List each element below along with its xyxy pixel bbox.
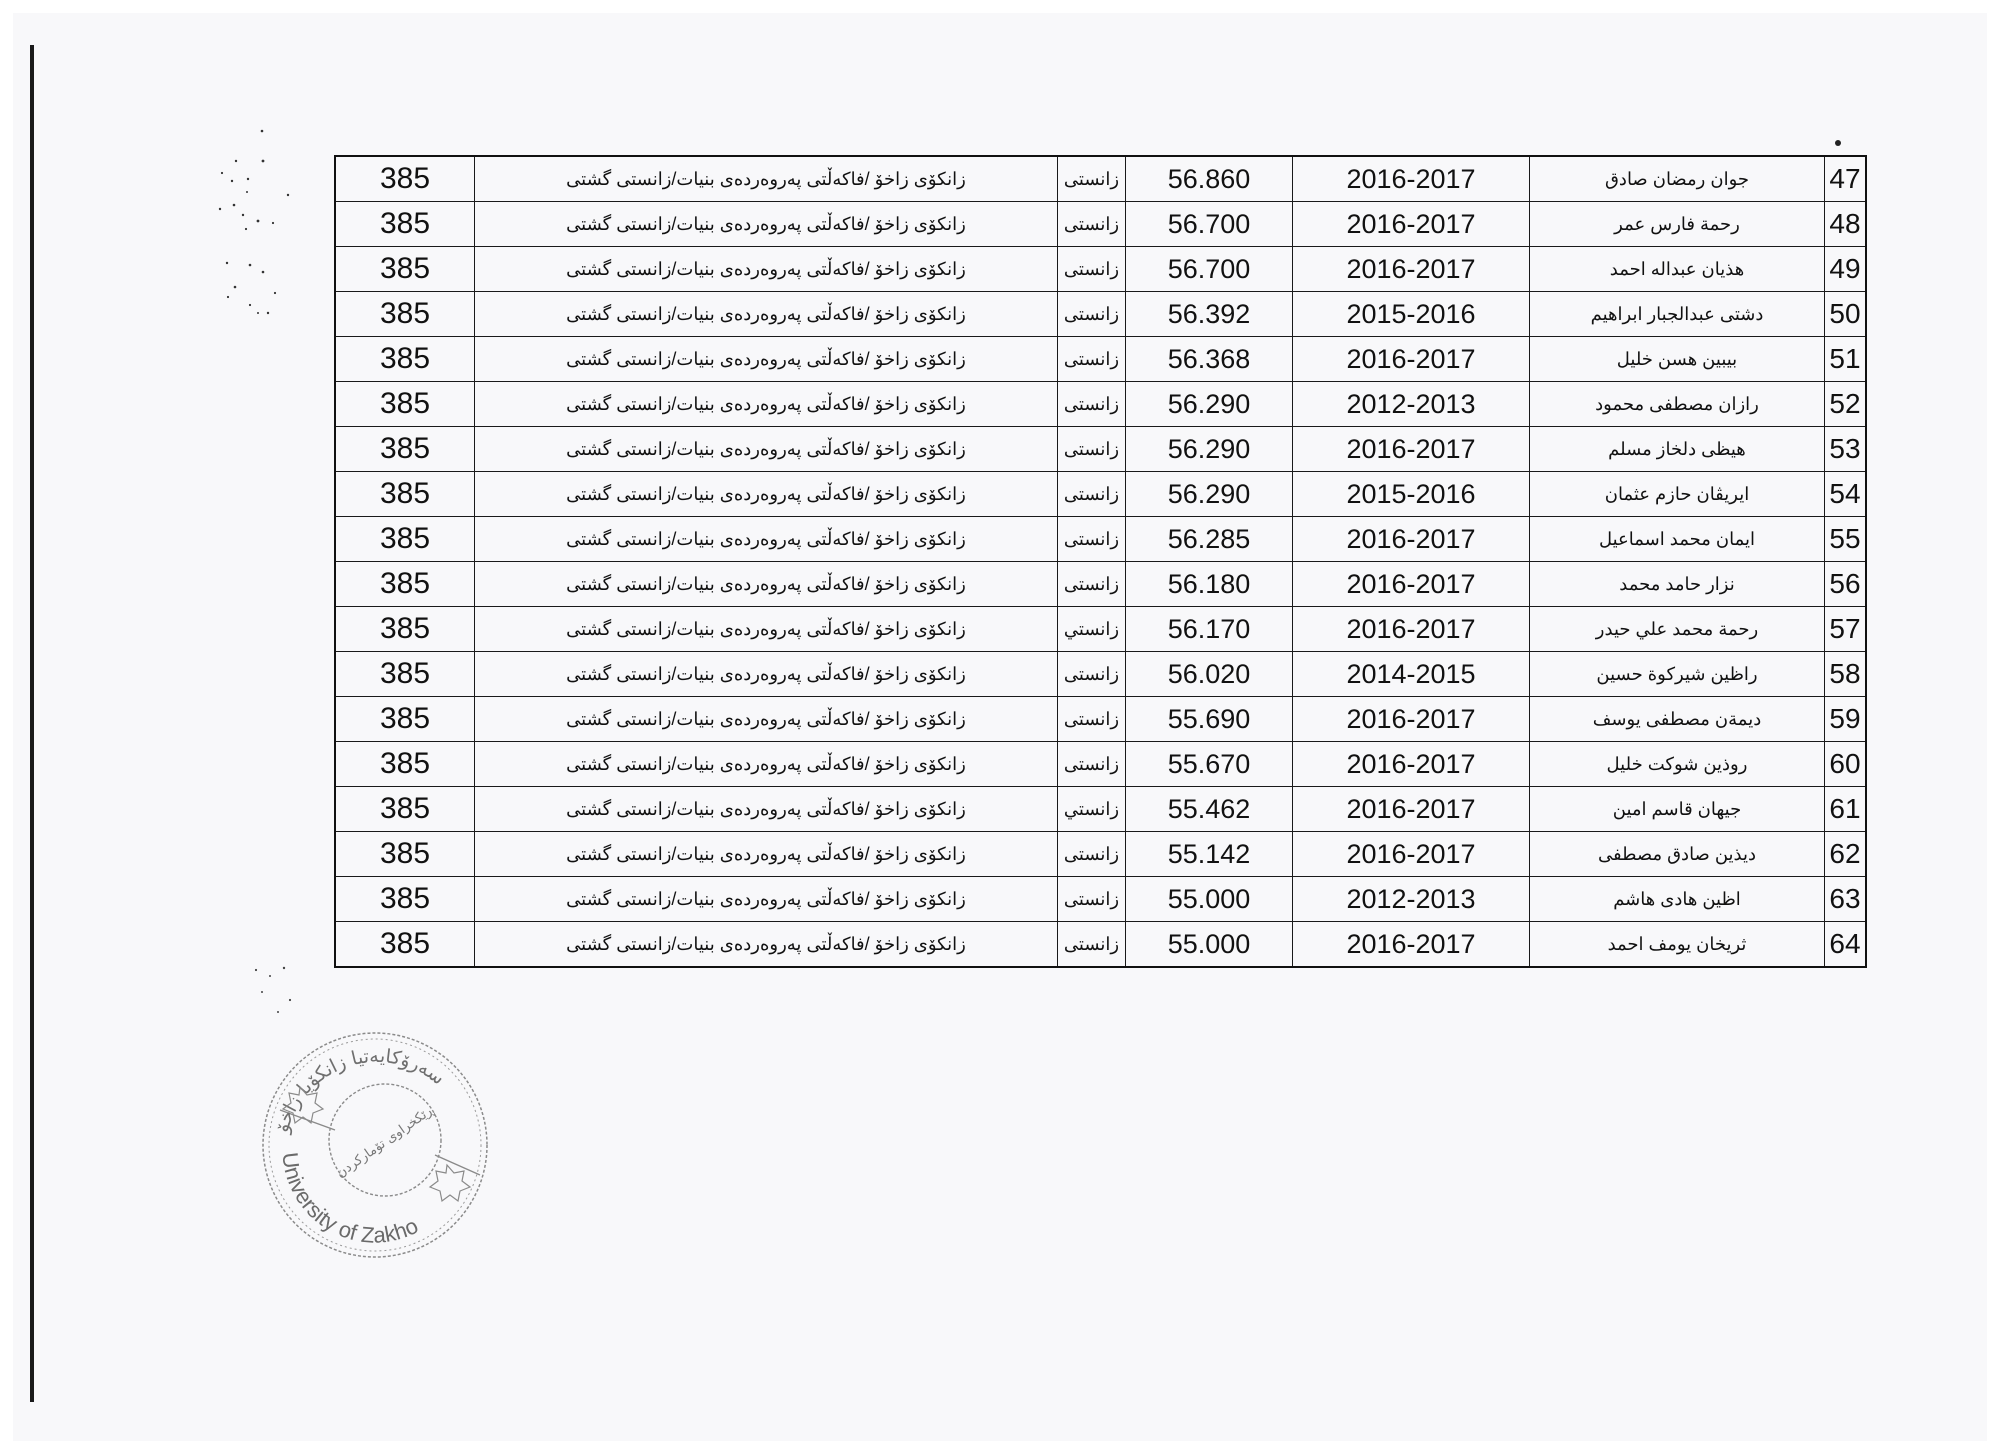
table-row: 47جوان رمضان صادق2016-201756.860زانستیزا… xyxy=(335,156,1866,202)
table-row: 50دشتى عبدالجبار ابراهيم2015-201656.392ز… xyxy=(335,292,1866,337)
branch-cell: زانستی xyxy=(1058,202,1126,247)
row-number-cell: 49 xyxy=(1825,247,1867,292)
branch-cell: زانستی xyxy=(1058,877,1126,922)
department-code-cell: 385 xyxy=(335,202,475,247)
student-name-cell: ايمان محمد اسماعيل xyxy=(1530,517,1825,562)
college-department-cell: زانکۆی زاخۆ /فاکەڵتی پەروەردەی بنیات/زان… xyxy=(475,832,1058,877)
college-department-cell: زانکۆی زاخۆ /فاکەڵتی پەروەردەی بنیات/زان… xyxy=(475,742,1058,787)
branch-cell: زانستی xyxy=(1058,832,1126,877)
student-name-cell: رازان مصطفى محمود xyxy=(1530,382,1825,427)
graduation-year: 2016-2017 xyxy=(1346,929,1475,959)
average-score-cell: 56.700 xyxy=(1126,202,1293,247)
average-score: 56.170 xyxy=(1168,614,1251,644)
graduation-year-cell: 2016-2017 xyxy=(1293,156,1530,202)
average-score: 55.000 xyxy=(1168,929,1251,959)
branch-cell: زانستی xyxy=(1058,382,1126,427)
row-number-cell: 51 xyxy=(1825,337,1867,382)
department-code-cell: 385 xyxy=(335,697,475,742)
college-department-cell: زانکۆی زاخۆ /فاکەڵتی پەروەردەی بنیات/زان… xyxy=(475,607,1058,652)
branch-cell: زانستی xyxy=(1058,427,1126,472)
student-name-cell: هيظى دلخاز مسلم xyxy=(1530,427,1825,472)
svg-text:ڕێکخراوی تۆمارکردن: ڕێکخراوی تۆمارکردن xyxy=(334,1102,437,1181)
graduation-year-cell: 2015-2016 xyxy=(1293,472,1530,517)
graduation-year: 2016-2017 xyxy=(1346,704,1475,734)
student-name-cell: جوان رمضان صادق xyxy=(1530,156,1825,202)
department-code-cell: 385 xyxy=(335,337,475,382)
student-name-cell: نزار حامد محمد xyxy=(1530,562,1825,607)
department-code: 385 xyxy=(380,387,430,420)
graduation-year: 2016-2017 xyxy=(1346,209,1475,239)
average-score: 55.690 xyxy=(1168,704,1251,734)
college-department-cell: زانکۆی زاخۆ /فاکەڵتی پەروەردەی بنیات/زان… xyxy=(475,697,1058,742)
branch-cell: زانستی xyxy=(1058,517,1126,562)
branch-cell: زانستی xyxy=(1058,652,1126,697)
row-number: 57 xyxy=(1829,613,1860,644)
average-score: 56.180 xyxy=(1168,569,1251,599)
average-score: 56.700 xyxy=(1168,209,1251,239)
average-score-cell: 56.285 xyxy=(1126,517,1293,562)
average-score-cell: 55.690 xyxy=(1126,697,1293,742)
graduation-year: 2016-2017 xyxy=(1346,524,1475,554)
table-row: 59ديمةن مصطفى يوسف2016-201755.690زانستیز… xyxy=(335,697,1866,742)
branch-cell: زانستی xyxy=(1058,292,1126,337)
student-name-cell: جيهان قاسم امين xyxy=(1530,787,1825,832)
average-score-cell: 55.000 xyxy=(1126,922,1293,968)
department-code-cell: 385 xyxy=(335,562,475,607)
student-name-cell: راظين شيركوة حسين xyxy=(1530,652,1825,697)
row-number-cell: 62 xyxy=(1825,832,1867,877)
average-score-cell: 56.860 xyxy=(1126,156,1293,202)
table-row: 64ثريخان يومف احمد2016-201755.000زانستیز… xyxy=(335,922,1866,968)
row-number-cell: 50 xyxy=(1825,292,1867,337)
average-score: 56.368 xyxy=(1168,344,1251,374)
graduation-year-cell: 2012-2013 xyxy=(1293,877,1530,922)
table-row: 49هذيان عبداله احمد2016-201756.700زانستی… xyxy=(335,247,1866,292)
graduation-year: 2014-2015 xyxy=(1346,659,1475,689)
department-code: 385 xyxy=(380,432,430,465)
row-number-cell: 47 xyxy=(1825,156,1867,202)
row-number: 50 xyxy=(1829,298,1860,329)
department-code: 385 xyxy=(380,297,430,330)
row-number-cell: 59 xyxy=(1825,697,1867,742)
college-department-cell: زانکۆی زاخۆ /فاکەڵتی پەروەردەی بنیات/زان… xyxy=(475,562,1058,607)
student-name-cell: بيبين هسن خليل xyxy=(1530,337,1825,382)
student-name-cell: روذين شوكت خليل xyxy=(1530,742,1825,787)
graduation-year-cell: 2016-2017 xyxy=(1293,202,1530,247)
table-row: 58راظين شيركوة حسين2014-201556.020زانستی… xyxy=(335,652,1866,697)
student-name-cell: ديذين صادق مصطفى xyxy=(1530,832,1825,877)
graduation-year: 2016-2017 xyxy=(1346,164,1475,194)
table-row: 62ديذين صادق مصطفى2016-201755.142زانستیز… xyxy=(335,832,1866,877)
graduation-year: 2015-2016 xyxy=(1346,479,1475,509)
graduation-year: 2016-2017 xyxy=(1346,614,1475,644)
department-code: 385 xyxy=(380,927,430,960)
row-number: 59 xyxy=(1829,703,1860,734)
graduation-year-cell: 2016-2017 xyxy=(1293,832,1530,877)
scan-mark xyxy=(1835,140,1841,146)
table-row: 56نزار حامد محمد2016-201756.180زانستیزان… xyxy=(335,562,1866,607)
average-score: 56.290 xyxy=(1168,389,1251,419)
row-number: 63 xyxy=(1829,883,1860,914)
row-number: 55 xyxy=(1829,523,1860,554)
graduation-year: 2016-2017 xyxy=(1346,749,1475,779)
department-code: 385 xyxy=(380,522,430,555)
row-number: 64 xyxy=(1829,928,1860,959)
graduation-year: 2016-2017 xyxy=(1346,794,1475,824)
college-department-cell: زانکۆی زاخۆ /فاکەڵتی پەروەردەی بنیات/زان… xyxy=(475,517,1058,562)
average-score-cell: 55.000 xyxy=(1126,877,1293,922)
department-code: 385 xyxy=(380,657,430,690)
college-department-cell: زانکۆی زاخۆ /فاکەڵتی پەروەردەی بنیات/زان… xyxy=(475,337,1058,382)
row-number-cell: 63 xyxy=(1825,877,1867,922)
row-number: 51 xyxy=(1829,343,1860,374)
graduation-year: 2016-2017 xyxy=(1346,344,1475,374)
college-department-cell: زانکۆی زاخۆ /فاکەڵتی پەروەردەی بنیات/زان… xyxy=(475,427,1058,472)
branch-cell: زانستی xyxy=(1058,337,1126,382)
department-code-cell: 385 xyxy=(335,742,475,787)
branch-cell: زانستی xyxy=(1058,472,1126,517)
college-department-cell: زانکۆی زاخۆ /فاکەڵتی پەروەردەی بنیات/زان… xyxy=(475,382,1058,427)
row-number: 62 xyxy=(1829,838,1860,869)
graduation-year-cell: 2014-2015 xyxy=(1293,652,1530,697)
student-name-cell: ايريڤان حازم عثمان xyxy=(1530,472,1825,517)
average-score: 56.392 xyxy=(1168,299,1251,329)
department-code: 385 xyxy=(380,837,430,870)
table-row: 54ايريڤان حازم عثمان2015-201656.290زانست… xyxy=(335,472,1866,517)
average-score-cell: 56.020 xyxy=(1126,652,1293,697)
row-number-cell: 53 xyxy=(1825,427,1867,472)
college-department-cell: زانکۆی زاخۆ /فاکەڵتی پەروەردەی بنیات/زان… xyxy=(475,877,1058,922)
table-row: 61جيهان قاسم امين2016-201755.462زانستيزا… xyxy=(335,787,1866,832)
table-row: 57رحمة محمد علي حيدر2016-201756.170زانست… xyxy=(335,607,1866,652)
scan-speckles xyxy=(250,960,310,1020)
average-score: 56.700 xyxy=(1168,254,1251,284)
college-department-cell: زانکۆی زاخۆ /فاکەڵتی پەروەردەی بنیات/زان… xyxy=(475,922,1058,968)
row-number: 56 xyxy=(1829,568,1860,599)
graduation-year: 2012-2013 xyxy=(1346,884,1475,914)
average-score: 55.000 xyxy=(1168,884,1251,914)
graduation-year-cell: 2016-2017 xyxy=(1293,517,1530,562)
average-score-cell: 56.392 xyxy=(1126,292,1293,337)
graduation-year-cell: 2016-2017 xyxy=(1293,922,1530,968)
graduation-year: 2016-2017 xyxy=(1346,434,1475,464)
graduation-year-cell: 2016-2017 xyxy=(1293,427,1530,472)
student-name-cell: رحمة محمد علي حيدر xyxy=(1530,607,1825,652)
graduation-year: 2016-2017 xyxy=(1346,839,1475,869)
row-number-cell: 54 xyxy=(1825,472,1867,517)
department-code-cell: 385 xyxy=(335,787,475,832)
row-number: 58 xyxy=(1829,658,1860,689)
college-department-cell: زانکۆی زاخۆ /فاکەڵتی پەروەردەی بنیات/زان… xyxy=(475,472,1058,517)
graduation-year-cell: 2016-2017 xyxy=(1293,247,1530,292)
row-number: 54 xyxy=(1829,478,1860,509)
average-score-cell: 56.170 xyxy=(1126,607,1293,652)
branch-cell: زانستی xyxy=(1058,156,1126,202)
scan-speckles xyxy=(210,125,320,325)
branch-cell: زانستي xyxy=(1058,607,1126,652)
department-code-cell: 385 xyxy=(335,517,475,562)
row-number-cell: 60 xyxy=(1825,742,1867,787)
student-name-cell: هذيان عبداله احمد xyxy=(1530,247,1825,292)
student-name-cell: اظين هادى هاشم xyxy=(1530,877,1825,922)
average-score-cell: 55.670 xyxy=(1126,742,1293,787)
branch-cell: زانستی xyxy=(1058,922,1126,968)
department-code-cell: 385 xyxy=(335,472,475,517)
row-number: 49 xyxy=(1829,253,1860,284)
university-seal-icon: سەرۆکایەتیا زانکۆیا زاخۆ University of Z… xyxy=(255,1025,495,1265)
branch-cell: زانستی xyxy=(1058,247,1126,292)
department-code: 385 xyxy=(380,612,430,645)
left-margin-line xyxy=(30,45,34,1402)
average-score: 56.290 xyxy=(1168,434,1251,464)
branch-cell: زانستی xyxy=(1058,697,1126,742)
college-department-cell: زانکۆی زاخۆ /فاکەڵتی پەروەردەی بنیات/زان… xyxy=(475,247,1058,292)
average-score-cell: 56.180 xyxy=(1126,562,1293,607)
graduation-year-cell: 2016-2017 xyxy=(1293,697,1530,742)
row-number-cell: 48 xyxy=(1825,202,1867,247)
table-row: 48رحمة فارس عمر2016-201756.700زانستیزانک… xyxy=(335,202,1866,247)
table-row: 63اظين هادى هاشم2012-201355.000زانستیزان… xyxy=(335,877,1866,922)
average-score-cell: 55.462 xyxy=(1126,787,1293,832)
row-number-cell: 55 xyxy=(1825,517,1867,562)
table-row: 52رازان مصطفى محمود2012-201356.290زانستی… xyxy=(335,382,1866,427)
average-score: 55.670 xyxy=(1168,749,1251,779)
graduation-year-cell: 2016-2017 xyxy=(1293,607,1530,652)
row-number-cell: 58 xyxy=(1825,652,1867,697)
college-department-cell: زانکۆی زاخۆ /فاکەڵتی پەروەردەی بنیات/زان… xyxy=(475,202,1058,247)
average-score-cell: 56.368 xyxy=(1126,337,1293,382)
graduation-year-cell: 2015-2016 xyxy=(1293,292,1530,337)
average-score-cell: 56.290 xyxy=(1126,472,1293,517)
row-number-cell: 52 xyxy=(1825,382,1867,427)
department-code: 385 xyxy=(380,702,430,735)
row-number-cell: 64 xyxy=(1825,922,1867,968)
branch-cell: زانستی xyxy=(1058,742,1126,787)
row-number: 53 xyxy=(1829,433,1860,464)
table-row: 53هيظى دلخاز مسلم2016-201756.290زانستیزا… xyxy=(335,427,1866,472)
department-code: 385 xyxy=(380,477,430,510)
row-number: 61 xyxy=(1829,793,1860,824)
student-name-cell: دشتى عبدالجبار ابراهيم xyxy=(1530,292,1825,337)
row-number-cell: 57 xyxy=(1825,607,1867,652)
department-code: 385 xyxy=(380,252,430,285)
department-code-cell: 385 xyxy=(335,427,475,472)
department-code-cell: 385 xyxy=(335,832,475,877)
department-code-cell: 385 xyxy=(335,922,475,968)
graduation-year-cell: 2016-2017 xyxy=(1293,337,1530,382)
average-score-cell: 56.290 xyxy=(1126,382,1293,427)
graduation-year: 2012-2013 xyxy=(1346,389,1475,419)
average-score: 55.462 xyxy=(1168,794,1251,824)
student-name-cell: ثريخان يومف احمد xyxy=(1530,922,1825,968)
row-number-cell: 56 xyxy=(1825,562,1867,607)
average-score: 55.142 xyxy=(1168,839,1251,869)
department-code: 385 xyxy=(380,792,430,825)
average-score: 56.290 xyxy=(1168,479,1251,509)
table-row: 55ايمان محمد اسماعيل2016-201756.285زانست… xyxy=(335,517,1866,562)
graduation-year-cell: 2016-2017 xyxy=(1293,742,1530,787)
graduation-year-cell: 2016-2017 xyxy=(1293,787,1530,832)
college-department-cell: زانکۆی زاخۆ /فاکەڵتی پەروەردەی بنیات/زان… xyxy=(475,292,1058,337)
average-score-cell: 56.290 xyxy=(1126,427,1293,472)
branch-cell: زانستي xyxy=(1058,787,1126,832)
department-code-cell: 385 xyxy=(335,877,475,922)
results-table-body: 47جوان رمضان صادق2016-201756.860زانستیزا… xyxy=(335,156,1866,967)
department-code: 385 xyxy=(380,567,430,600)
results-table: 47جوان رمضان صادق2016-201756.860زانستیزا… xyxy=(334,155,1867,968)
average-score-cell: 55.142 xyxy=(1126,832,1293,877)
average-score: 56.860 xyxy=(1168,164,1251,194)
graduation-year: 2015-2016 xyxy=(1346,299,1475,329)
average-score: 56.285 xyxy=(1168,524,1251,554)
branch-cell: زانستی xyxy=(1058,562,1126,607)
department-code: 385 xyxy=(380,207,430,240)
student-name-cell: رحمة فارس عمر xyxy=(1530,202,1825,247)
student-name-cell: ديمةن مصطفى يوسف xyxy=(1530,697,1825,742)
university-stamp: سەرۆکایەتیا زانکۆیا زاخۆ University of Z… xyxy=(255,1025,495,1265)
department-code-cell: 385 xyxy=(335,382,475,427)
department-code-cell: 385 xyxy=(335,607,475,652)
row-number: 60 xyxy=(1829,748,1860,779)
department-code-cell: 385 xyxy=(335,292,475,337)
department-code: 385 xyxy=(380,342,430,375)
row-number-cell: 61 xyxy=(1825,787,1867,832)
college-department-cell: زانکۆی زاخۆ /فاکەڵتی پەروەردەی بنیات/زان… xyxy=(475,156,1058,202)
table-row: 51بيبين هسن خليل2016-201756.368زانستیزان… xyxy=(335,337,1866,382)
graduation-year: 2016-2017 xyxy=(1346,569,1475,599)
table-row: 60روذين شوكت خليل2016-201755.670زانستیزا… xyxy=(335,742,1866,787)
department-code: 385 xyxy=(380,747,430,780)
department-code: 385 xyxy=(380,882,430,915)
row-number: 48 xyxy=(1829,208,1860,239)
college-department-cell: زانکۆی زاخۆ /فاکەڵتی پەروەردەی بنیات/زان… xyxy=(475,652,1058,697)
college-department-cell: زانکۆی زاخۆ /فاکەڵتی پەروەردەی بنیات/زان… xyxy=(475,787,1058,832)
graduation-year: 2016-2017 xyxy=(1346,254,1475,284)
graduation-year-cell: 2016-2017 xyxy=(1293,562,1530,607)
department-code-cell: 385 xyxy=(335,247,475,292)
department-code: 385 xyxy=(380,162,430,195)
row-number: 47 xyxy=(1829,163,1860,194)
department-code-cell: 385 xyxy=(335,652,475,697)
department-code-cell: 385 xyxy=(335,156,475,202)
average-score: 56.020 xyxy=(1168,659,1251,689)
row-number: 52 xyxy=(1829,388,1860,419)
average-score-cell: 56.700 xyxy=(1126,247,1293,292)
graduation-year-cell: 2012-2013 xyxy=(1293,382,1530,427)
